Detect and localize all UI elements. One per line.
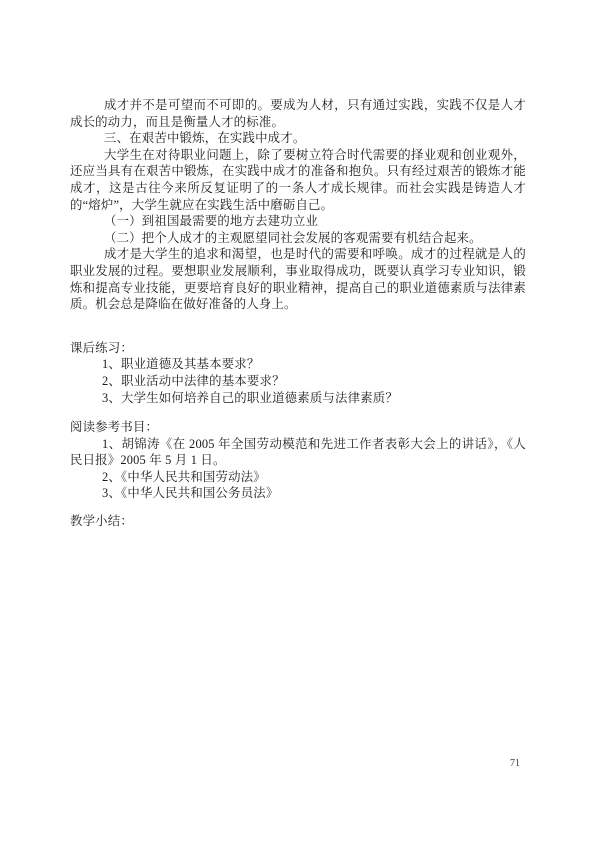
page-number: 71: [510, 758, 520, 770]
paragraph-chengcai-pursuit: 成才是大学生的追求和渴望，也是时代的需要和呼唤。成才的过程就是人的职业发展的过程…: [70, 246, 526, 312]
paragraph-point-one: （一）到祖国最需要的地方去建功立业: [70, 213, 526, 230]
paragraph-point-two: （二）把个人成才的主观愿望同社会发展的客观需要有机结合起来。: [70, 230, 526, 247]
teaching-summary-heading: 教学小结：: [70, 513, 526, 530]
page-content: 成才并不是可望而不可即的。要成为人材，只有通过实践，实践不仅是人才成长的动力，而…: [70, 97, 526, 530]
reading-item-2: 2、《中华人民共和国劳动法》: [70, 469, 526, 486]
reading-list-heading: 阅读参考书目：: [70, 419, 526, 436]
teaching-summary-section: 教学小结：: [70, 513, 526, 530]
paragraph-daxuesheng-zhiye: 大学生在对待职业问题上，除了要树立符合时代需要的择业观和创业观外，还应当具有在艰…: [70, 147, 526, 213]
reading-list-section: 阅读参考书目： 1、胡锦涛《在 2005 年全国劳动模范和先进工作者表彰大会上的…: [70, 419, 526, 502]
homework-section: 课后练习： 1、职业道德及其基本要求？ 2、职业活动中法律的基本要求？ 3、大学…: [70, 340, 526, 406]
paragraph-section-three-heading: 三、在艰苦中锻炼，在实践中成才。: [70, 130, 526, 147]
paragraph-chengcai-intro: 成才并不是可望而不可即的。要成为人材，只有通过实践，实践不仅是人才成长的动力，而…: [70, 97, 526, 130]
homework-item-2: 2、职业活动中法律的基本要求？: [70, 373, 526, 390]
homework-item-1: 1、职业道德及其基本要求？: [70, 356, 526, 373]
reading-item-1: 1、胡锦涛《在 2005 年全国劳动模范和先进工作者表彰大会上的讲话》，《人民日…: [70, 436, 526, 469]
body-text-block: 成才并不是可望而不可即的。要成为人材，只有通过实践，实践不仅是人才成长的动力，而…: [70, 97, 526, 313]
homework-item-3: 3、大学生如何培养自己的职业道德素质与法律素质？: [70, 390, 526, 407]
reading-item-3: 3、《中华人民共和国公务员法》: [70, 485, 526, 502]
homework-heading: 课后练习：: [70, 340, 526, 357]
document-page: 成才并不是可望而不可即的。要成为人材，只有通过实践，实践不仅是人才成长的动力，而…: [0, 0, 600, 849]
